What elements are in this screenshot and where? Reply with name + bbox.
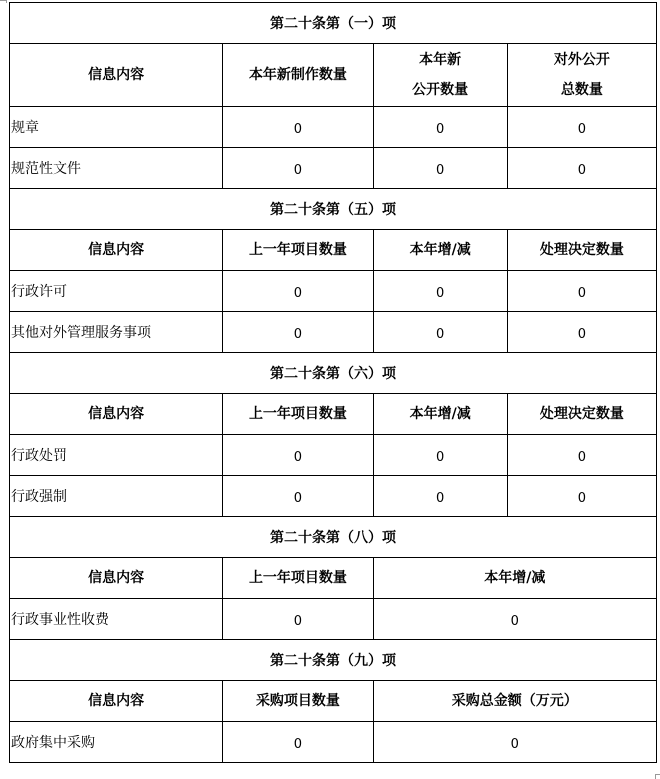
cell-value: 0 bbox=[373, 271, 507, 312]
corner-mark bbox=[0, 0, 7, 3]
row-label: 行政处罚 bbox=[10, 435, 223, 476]
cell-value: 0 bbox=[507, 312, 656, 353]
row-label: 政府集中采购 bbox=[10, 722, 223, 763]
cell-value: 0 bbox=[223, 271, 373, 312]
column-header: 信息内容 bbox=[10, 394, 223, 435]
table-row: 其他对外管理服务事项 0 0 0 bbox=[10, 312, 657, 353]
row-label: 行政强制 bbox=[10, 476, 223, 517]
section-title: 第二十条第（一）项 bbox=[10, 3, 657, 44]
cell-value: 0 bbox=[507, 476, 656, 517]
cell-value: 0 bbox=[507, 148, 656, 189]
column-header: 上一年项目数量 bbox=[223, 394, 373, 435]
column-header: 信息内容 bbox=[10, 558, 223, 599]
column-header: 本年新制作数量 bbox=[223, 44, 373, 107]
table-row: 规范性文件 0 0 0 bbox=[10, 148, 657, 189]
corner-mark bbox=[655, 774, 660, 779]
header-line: 对外公开 bbox=[508, 45, 656, 75]
column-header: 上一年项目数量 bbox=[223, 230, 373, 271]
cell-value: 0 bbox=[373, 599, 656, 640]
cell-value: 0 bbox=[507, 435, 656, 476]
cell-value: 0 bbox=[223, 476, 373, 517]
header-row: 信息内容 上一年项目数量 本年增/减 bbox=[10, 558, 657, 599]
column-header: 信息内容 bbox=[10, 44, 223, 107]
header-row: 信息内容 上一年项目数量 本年增/减 处理决定数量 bbox=[10, 394, 657, 435]
column-header: 本年新 公开数量 bbox=[373, 44, 507, 107]
row-label: 行政许可 bbox=[10, 271, 223, 312]
table-row: 行政事业性收费 0 0 bbox=[10, 599, 657, 640]
cell-value: 0 bbox=[223, 599, 373, 640]
table-row: 行政许可 0 0 0 bbox=[10, 271, 657, 312]
section-title: 第二十条第（六）项 bbox=[10, 353, 657, 394]
section-title: 第二十条第（五）项 bbox=[10, 189, 657, 230]
cell-value: 0 bbox=[507, 107, 656, 148]
column-header: 对外公开 总数量 bbox=[507, 44, 656, 107]
header-line: 公开数量 bbox=[374, 75, 507, 105]
section-title-row: 第二十条第（六）项 bbox=[10, 353, 657, 394]
table-row: 规章 0 0 0 bbox=[10, 107, 657, 148]
column-header: 信息内容 bbox=[10, 681, 223, 722]
column-header: 信息内容 bbox=[10, 230, 223, 271]
cell-value: 0 bbox=[373, 435, 507, 476]
section-title: 第二十条第（九）项 bbox=[10, 640, 657, 681]
header-line: 总数量 bbox=[508, 75, 656, 105]
cell-value: 0 bbox=[373, 312, 507, 353]
section-title-row: 第二十条第（五）项 bbox=[10, 189, 657, 230]
section-title-row: 第二十条第（一）项 bbox=[10, 3, 657, 44]
header-line: 本年新 bbox=[374, 45, 507, 75]
section-title-row: 第二十条第（九）项 bbox=[10, 640, 657, 681]
header-row: 信息内容 本年新制作数量 本年新 公开数量 对外公开 总数量 bbox=[10, 44, 657, 107]
cell-value: 0 bbox=[507, 271, 656, 312]
cell-value: 0 bbox=[223, 722, 373, 763]
header-row: 信息内容 上一年项目数量 本年增/减 处理决定数量 bbox=[10, 230, 657, 271]
cell-value: 0 bbox=[223, 148, 373, 189]
row-label: 行政事业性收费 bbox=[10, 599, 223, 640]
table-row: 行政强制 0 0 0 bbox=[10, 476, 657, 517]
table-row: 行政处罚 0 0 0 bbox=[10, 435, 657, 476]
section-title-row: 第二十条第（八）项 bbox=[10, 517, 657, 558]
column-header: 本年增/减 bbox=[373, 394, 507, 435]
cell-value: 0 bbox=[373, 148, 507, 189]
row-label: 规范性文件 bbox=[10, 148, 223, 189]
cell-value: 0 bbox=[373, 476, 507, 517]
disclosure-table: 第二十条第（一）项 信息内容 本年新制作数量 本年新 公开数量 对外公开 总数量… bbox=[9, 2, 657, 763]
column-header: 采购项目数量 bbox=[223, 681, 373, 722]
cell-value: 0 bbox=[223, 107, 373, 148]
row-label: 其他对外管理服务事项 bbox=[10, 312, 223, 353]
column-header: 采购总金额（万元） bbox=[373, 681, 656, 722]
cell-value: 0 bbox=[223, 435, 373, 476]
section-title: 第二十条第（八）项 bbox=[10, 517, 657, 558]
column-header: 本年增/减 bbox=[373, 558, 656, 599]
column-header: 处理决定数量 bbox=[507, 394, 656, 435]
column-header: 本年增/减 bbox=[373, 230, 507, 271]
row-label: 规章 bbox=[10, 107, 223, 148]
cell-value: 0 bbox=[373, 107, 507, 148]
table-row: 政府集中采购 0 0 bbox=[10, 722, 657, 763]
column-header: 处理决定数量 bbox=[507, 230, 656, 271]
header-row: 信息内容 采购项目数量 采购总金额（万元） bbox=[10, 681, 657, 722]
cell-value: 0 bbox=[223, 312, 373, 353]
column-header: 上一年项目数量 bbox=[223, 558, 373, 599]
cell-value: 0 bbox=[373, 722, 656, 763]
